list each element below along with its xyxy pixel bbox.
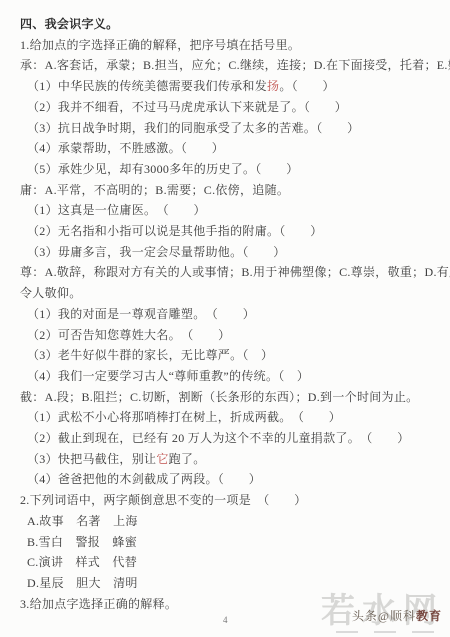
text-segment: 。（ ）: [279, 79, 335, 93]
text-line: （2）无名指和小指可以说是其他手指的附庸。（ ）: [20, 221, 440, 242]
text-segment: 1.给加点的字选择正确的解释，把序号填在括号里。: [20, 38, 300, 52]
text-segment: C.演讲 样式 代替: [27, 555, 137, 569]
text-segment: （1）我的对面是一尊观音雕塑。 （ ）: [27, 307, 255, 321]
text-segment: B.雪白 警报 蜂蜜: [27, 535, 137, 549]
text-segment: （2）我并不细看，不过马马虎虎承认下来就是了。（ ）: [27, 100, 347, 114]
text-line: 截：A.段；B.阻拦；C.切断，割断（长条形的东西）；D.到一个时间为止。: [20, 387, 440, 408]
text-segment: A.故事 名著 上海: [27, 514, 138, 528]
toutiao-watermark-tail: 教育: [416, 609, 442, 623]
text-line: C.演讲 样式 代替: [20, 552, 440, 573]
text-line: D.星辰 胆大 清明: [20, 573, 440, 594]
text-segment: 尊：A.敬辞，称跟对方有关的人或事情；B.用于神佛塑像；C.尊崇，敬重；D.有威…: [20, 265, 450, 279]
text-segment: （1）中华民族的传统美德需要我们传承和发: [27, 79, 267, 93]
text-line: （3）毋庸多言，我一定会尽量帮助他。（ ）: [20, 242, 440, 263]
text-segment: 2.下列词语中，两字颠倒意思不变的一项是 （ ）: [20, 493, 307, 507]
text-line: 2.下列词语中，两字颠倒意思不变的一项是 （ ）: [20, 490, 440, 511]
text-line: 庸：A.平常，不高明的；B.需要；C.依傍，追随。: [20, 180, 440, 201]
text-segment: （3）快把马截住，别让: [27, 452, 156, 466]
text-segment: （4）承蒙帮助，不胜感激。（ ）: [27, 141, 224, 155]
text-segment: （4）爸爸把他的木剑截成了两段。（ ）: [27, 472, 261, 486]
text-segment: 令人敬仰。: [20, 286, 82, 300]
worksheet-page: 四、我会识字义。 1.给加点的字选择正确的解释，把序号填在括号里。承：A.客套话…: [0, 0, 450, 637]
text-line: （3）抗日战争时期，我们的同胞承受了太多的苦难。（ ）: [20, 118, 440, 139]
text-segment: D.星辰 胆大 清明: [27, 576, 138, 590]
text-segment: （5）承姓少见，却有3000多年的历史了。（ ）: [27, 162, 299, 176]
text-line: （4）爸爸把他的木剑截成了两段。（ ）: [20, 469, 440, 490]
text-segment: （3）老牛好似牛群的家长，无比尊严。（ ）: [27, 348, 273, 362]
watermark-underline-dashes: [336, 631, 434, 633]
text-line: （2）我并不细看，不过马马虎虎承认下来就是了。（ ）: [20, 97, 440, 118]
text-line: （2）可否告知您尊姓大名。 （ ）: [20, 325, 440, 346]
text-line: （3）快把马截住，别让它跑了。: [20, 449, 440, 470]
text-line: （1）中华民族的传统美德需要我们传承和发扬。（ ）: [20, 76, 440, 97]
text-segment: （1）这真是一位庸医。 （ ）: [27, 203, 206, 217]
text-segment: 截：A.段；B.阻拦；C.切断，割断（长条形的东西）；D.到一个时间为止。: [20, 390, 418, 404]
text-line: （5）承姓少见，却有3000多年的历史了。（ ）: [20, 159, 440, 180]
toutiao-watermark-prefix: 头条@顺科: [352, 609, 416, 623]
text-line: 令人敬仰。: [20, 283, 440, 304]
page-number: 4: [223, 615, 228, 625]
text-segment: （1）武松不小心将那哨棒打在树上，折成两截。 （ ）: [27, 410, 341, 424]
text-segment: 承：A.客套话，承蒙；B.担当，应允；C.继续，连接；D.在下面接受，托着；E.…: [20, 58, 450, 72]
text-segment: 庸：A.平常，不高明的；B.需要；C.依傍，追随。: [20, 183, 289, 197]
highlighted-character: 它: [156, 452, 168, 466]
highlighted-character: 扬: [267, 79, 279, 93]
text-segment: （4）我们一定要学习古人“尊师重教”的传统。（ ）: [27, 369, 309, 383]
text-line: A.故事 名著 上海: [20, 511, 440, 532]
text-line: 承：A.客套话，承蒙；B.担当，应允；C.继续，连接；D.在下面接受，托着；E.…: [20, 55, 440, 76]
text-line: （1）这真是一位庸医。 （ ）: [20, 200, 440, 221]
text-segment: 跑了。: [169, 452, 206, 466]
text-segment: （2）截止到现在，已经有 20 万人为这个不幸的儿童捐款了。 （ ）: [27, 431, 410, 445]
text-line: 尊：A.敬辞，称跟对方有关的人或事情；B.用于神佛塑像；C.尊崇，敬重；D.有威…: [20, 262, 440, 283]
text-line: （4）承蒙帮助，不胜感激。（ ）: [20, 138, 440, 159]
text-line: B.雪白 警报 蜂蜜: [20, 532, 440, 553]
text-line: （2）截止到现在，已经有 20 万人为这个不幸的儿童捐款了。 （ ）: [20, 428, 440, 449]
text-segment: （2）可否告知您尊姓大名。 （ ）: [27, 328, 230, 342]
text-line: 1.给加点的字选择正确的解释，把序号填在括号里。: [20, 35, 440, 56]
text-segment: （3）抗日战争时期，我们的同胞承受了太多的苦难。（ ）: [27, 121, 359, 135]
section-title: 四、我会识字义。: [20, 14, 440, 35]
document-lines: 1.给加点的字选择正确的解释，把序号填在括号里。承：A.客套话，承蒙；B.担当，…: [20, 35, 440, 615]
text-line: （1）我的对面是一尊观音雕塑。 （ ）: [20, 304, 440, 325]
text-line: （1）武松不小心将那哨棒打在树上，折成两截。 （ ）: [20, 407, 440, 428]
text-line: （4）我们一定要学习古人“尊师重教”的传统。（ ）: [20, 366, 440, 387]
text-segment: （2）无名指和小指可以说是其他手指的附庸。（ ）: [27, 224, 323, 238]
text-segment: （3）毋庸多言，我一定会尽量帮助他。（ ）: [27, 245, 286, 259]
text-line: （3）老牛好似牛群的家长，无比尊严。（ ）: [20, 345, 440, 366]
toutiao-watermark: 头条@顺科教育: [352, 607, 442, 624]
text-segment: 3.给加点字选择正确的解释。: [20, 597, 177, 611]
